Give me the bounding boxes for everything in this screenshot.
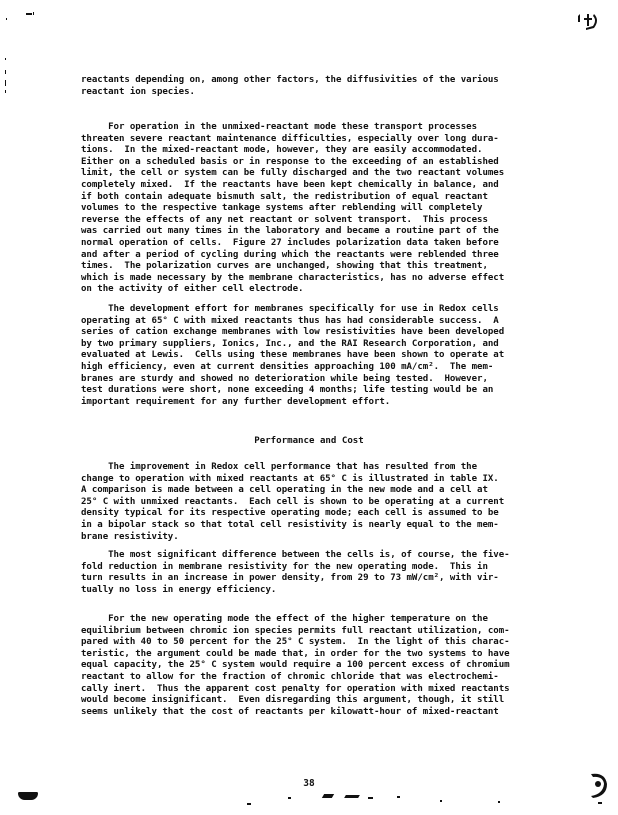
text-line: seems unlikely that the cost of reactant… — [81, 707, 510, 719]
text-line: which is made necessary by the membrane … — [81, 273, 504, 285]
text-line: fold reduction in membrane resistivity f… — [81, 562, 510, 574]
scan-artifact — [288, 797, 291, 799]
text-line: branes are sturdy and showed no deterior… — [81, 374, 504, 386]
text-line: equal capacity, the 25° C system would r… — [81, 660, 510, 672]
text-line: completely mixed. If the reactants have … — [81, 180, 504, 192]
text-line: For the new operating mode the effect of… — [81, 614, 510, 626]
paragraph-transport-processes: For operation in the unmixed-reactant mo… — [81, 122, 504, 296]
text-line: teristic, the argument could be made tha… — [81, 649, 510, 661]
text-line: Either on a scheduled basis or in respon… — [81, 157, 504, 169]
text-line: in a bipolar stack so that total cell re… — [81, 520, 504, 532]
paragraph-temperature-effect: For the new operating mode the effect of… — [81, 614, 510, 718]
scan-artifact — [5, 70, 6, 74]
scan-artifact — [368, 797, 373, 799]
text-line: reactants depending on, among other fact… — [81, 75, 499, 87]
scan-artifact — [344, 795, 360, 798]
text-line: tions. In the mixed-reactant mode, howev… — [81, 145, 504, 157]
scan-artifact — [6, 18, 7, 20]
text-line: brane resistivity. — [81, 532, 504, 544]
text-line: turn results in an increase in power den… — [81, 573, 510, 585]
text-line: cally inert. Thus the apparent cost pena… — [81, 684, 510, 696]
text-line: if both contain adequate bismuth salt, t… — [81, 192, 504, 204]
scan-artifact — [322, 794, 334, 798]
text-line: by two primary suppliers, Ionics, Inc., … — [81, 339, 504, 351]
text-line: normal operation of cells. Figure 27 inc… — [81, 238, 504, 250]
body-text: reactants depending on, among other fact… — [81, 0, 551, 93]
paragraph-significant-difference: The most significant difference between … — [81, 550, 510, 596]
scan-registration-mark-icon — [585, 770, 611, 800]
scan-artifact — [5, 58, 6, 60]
text-line: reactant to allow for the fraction of ch… — [81, 672, 510, 684]
text-line: 25° C with unmixed reactants. Each cell … — [81, 497, 504, 509]
text-line: For operation in the unmixed-reactant mo… — [81, 122, 504, 134]
scan-artifact — [26, 13, 32, 15]
text-line: threaten severe reactant maintenance dif… — [81, 134, 504, 146]
text-line: operating at 65° C with mixed reactants … — [81, 316, 504, 328]
text-line: The most significant difference between … — [81, 550, 510, 562]
text-line: evaluated at Lewis. Cells using these me… — [81, 350, 504, 362]
page-number: 38 — [0, 778, 618, 789]
text-line: important requirement for any further de… — [81, 397, 504, 409]
text-line: and after a period of cycling during whi… — [81, 250, 504, 262]
text-line: A comparison is made between a cell oper… — [81, 485, 504, 497]
text-line: reverse the effects of any net reactant … — [81, 215, 504, 227]
text-line: limit, the cell or system can be fully d… — [81, 168, 504, 180]
text-line: density typical for its respective opera… — [81, 508, 504, 520]
scan-artifact — [33, 12, 34, 15]
scan-registration-mark-icon — [574, 8, 602, 32]
text-line: The improvement in Redox cell performanc… — [81, 462, 504, 474]
text-line: tually no loss in energy efficiency. — [81, 585, 510, 597]
text-line: was carried out many times in the labora… — [81, 226, 504, 238]
scan-artifact — [498, 801, 500, 803]
text-line: test durations were short, none exceedin… — [81, 385, 504, 397]
text-line: pared with 40 to 50 percent for the 25° … — [81, 637, 510, 649]
paragraph-continued: reactants depending on, among other fact… — [81, 75, 499, 98]
scan-artifact — [247, 803, 251, 805]
text-line: on the activity of either cell electrode… — [81, 284, 504, 296]
scan-artifact — [18, 792, 38, 800]
text-line: change to operation with mixed reactants… — [81, 474, 504, 486]
scan-artifact — [5, 90, 6, 93]
text-line: series of cation exchange membranes with… — [81, 327, 504, 339]
text-line: high efficiency, even at current densiti… — [81, 362, 504, 374]
scan-artifact — [440, 800, 442, 802]
section-heading: Performance and Cost — [0, 436, 618, 446]
text-line: reactant ion species. — [81, 87, 499, 99]
paragraph-performance-improvement: The improvement in Redox cell performanc… — [81, 462, 504, 543]
paragraph-membrane-development: The development effort for membranes spe… — [81, 304, 504, 408]
text-line: would become insignificant. Even disrega… — [81, 695, 510, 707]
scan-artifact — [5, 80, 6, 86]
scan-artifact — [598, 802, 602, 804]
scan-artifact — [397, 796, 400, 798]
text-line: times. The polarization curves are uncha… — [81, 261, 504, 273]
document-page: reactants depending on, among other fact… — [0, 0, 618, 815]
text-line: The development effort for membranes spe… — [81, 304, 504, 316]
text-line: volumes to the respective tankage system… — [81, 203, 504, 215]
text-line: equilibrium between chromic ion species … — [81, 626, 510, 638]
